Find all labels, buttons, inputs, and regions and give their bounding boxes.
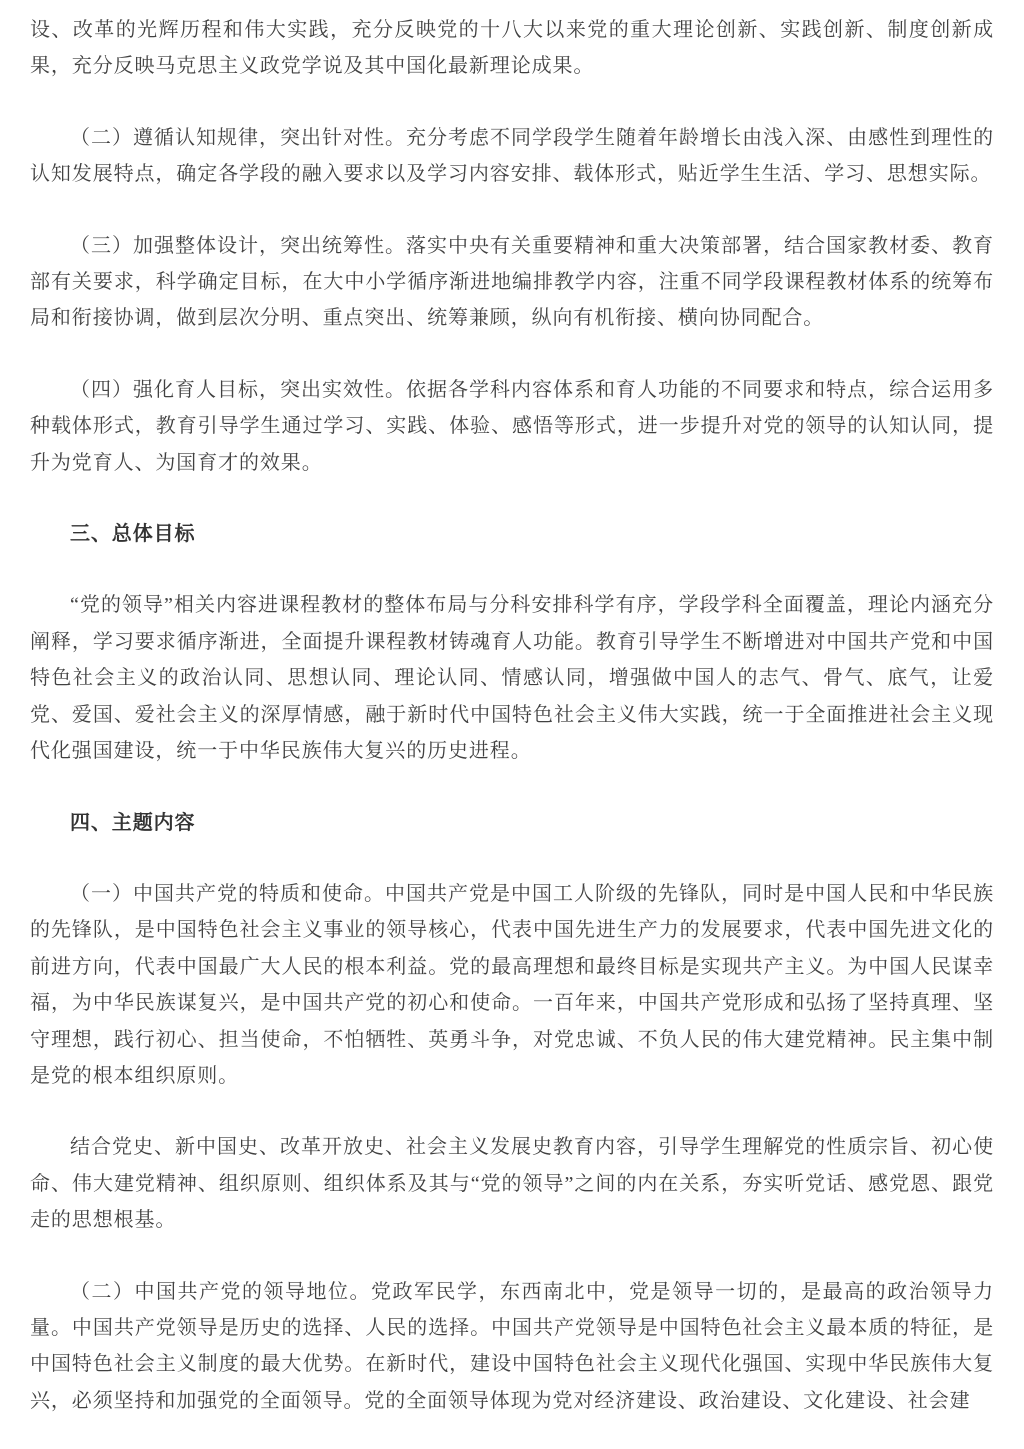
section-heading-overall-goals: 三、总体目标 — [30, 516, 994, 552]
section-heading-theme-content: 四、主题内容 — [30, 805, 994, 841]
body-paragraph-theme-2: （二）中国共产党的领导地位。党政军民学，东西南北中，党是领导一切的，是最高的政治… — [30, 1274, 994, 1420]
body-paragraph-continuation: 设、改革的光辉历程和伟大实践，充分反映党的十八大以来党的重大理论创新、实践创新、… — [30, 12, 994, 85]
body-paragraph-principle-2: （二）遵循认知规律，突出针对性。充分考虑不同学段学生随着年龄增长由浅入深、由感性… — [30, 120, 994, 193]
body-paragraph-theme-1: （一）中国共产党的特质和使命。中国共产党是中国工人阶级的先锋队，同时是中国人民和… — [30, 876, 994, 1094]
document-page: 设、改革的光辉历程和伟大实践，充分反映党的十八大以来党的重大理论创新、实践创新、… — [0, 0, 1024, 1449]
body-paragraph-theme-1-education: 结合党史、新中国史、改革开放史、社会主义发展史教育内容，引导学生理解党的性质宗旨… — [30, 1129, 994, 1238]
body-paragraph-principle-4: （四）强化育人目标，突出实效性。依据各学科内容体系和育人功能的不同要求和特点，综… — [30, 372, 994, 481]
body-paragraph-principle-3: （三）加强整体设计，突出统筹性。落实中央有关重要精神和重大决策部署，结合国家教材… — [30, 228, 994, 337]
body-paragraph-overall-goals: “党的领导”相关内容进课程教材的整体布局与分科安排科学有序，学段学科全面覆盖，理… — [30, 587, 994, 769]
